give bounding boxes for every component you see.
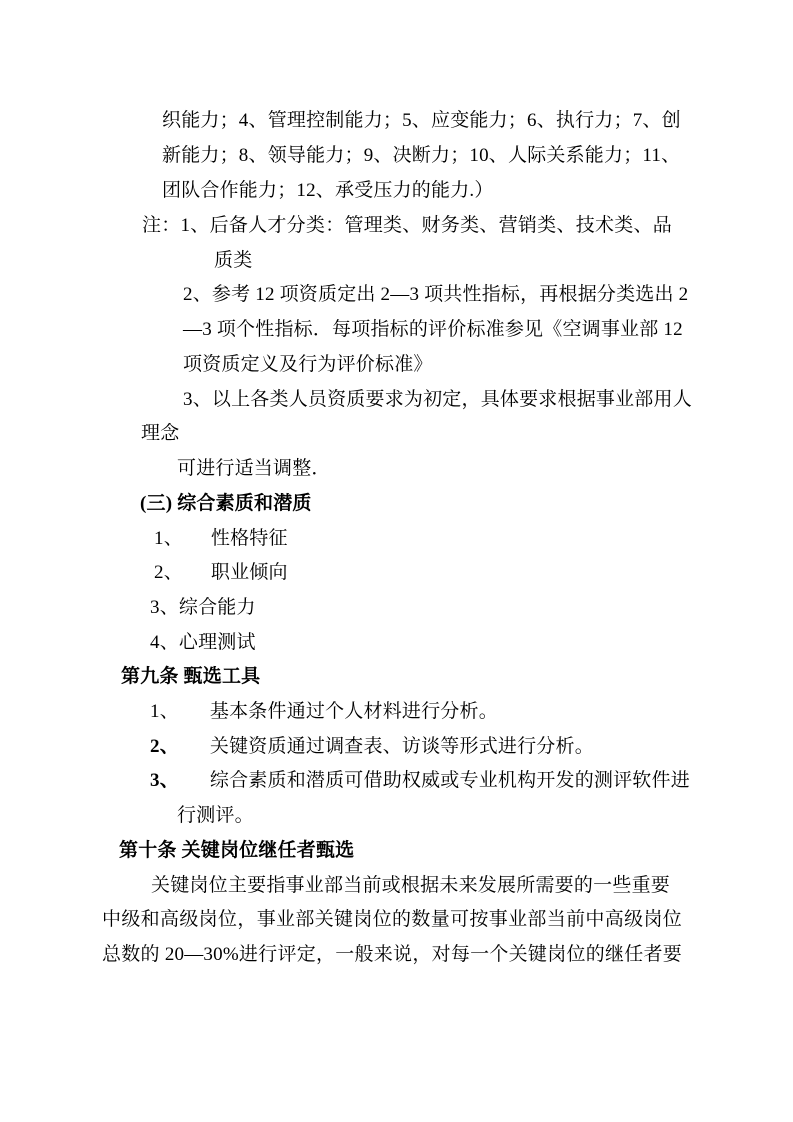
text-line: 新能力；8、领导能力；9、决断力；10、人际关系能力；11、 [162, 144, 672, 168]
text-segment: 项资质定义及行为评价标准》 [183, 354, 433, 375]
text-segment: 1、 [154, 528, 183, 549]
text-segment: 2、参考 12 项资质定出 2—3 项共性指标，再根据分类选出 2 [183, 284, 688, 305]
text-segment: —3 项个性指标．每项指标的评价标准参见《空调事业部 12 [183, 319, 683, 340]
text-line: 第十条 关键岗位继任者甄选 [119, 839, 354, 863]
text-line: 4、心理测试 [150, 631, 256, 655]
text-line: 团队合作能力；12、承受压力的能力.） [162, 179, 494, 203]
text-segment: 2、 [150, 736, 179, 757]
text-line: 1、基本条件通过个人材料进行分析。 [150, 700, 498, 724]
text-segment: 3、以上各类人员资质要求为初定，具体要求根据事业部用人 [183, 389, 692, 410]
text-segment: 可进行适当调整． [177, 458, 331, 479]
text-segment: 总数的 20—30%进行评定，一般来说，对每一个关键岗位的继任者要 [102, 944, 682, 965]
text-line: 项资质定义及行为评价标准》 [183, 353, 433, 377]
text-line: 第九条 甄选工具 [121, 665, 260, 689]
text-segment: 4、心理测试 [150, 632, 256, 653]
text-segment: 第十条 关键岗位继任者甄选 [119, 840, 354, 861]
text-segment: 新能力；8、领导能力；9、决断力；10、人际关系能力；11、 [162, 145, 680, 166]
text-segment: 2、 [154, 562, 183, 583]
text-line: 2、关键资质通过调查表、访谈等形式进行分析。 [150, 735, 594, 759]
text-line: 总数的 20—30%进行评定，一般来说，对每一个关键岗位的继任者要 [102, 943, 682, 967]
text-segment: 3、 [150, 770, 179, 791]
text-segment: 中级和高级岗位，事业部关键岗位的数量可按事业部当前中高级岗位 [102, 909, 682, 930]
text-line: 理念 [141, 422, 179, 446]
text-line: 质类 [214, 249, 252, 273]
text-line: 3、综合素质和潜质可借助权威或专业机构开发的测评软件进 [150, 769, 670, 793]
text-line: 3、综合能力 [150, 596, 256, 620]
text-segment: 注：1、后备人才分类：管理类、财务类、营销类、技术类、品 [142, 215, 672, 236]
document-page: 织能力；4、管理控制能力；5、应变能力；6、执行力；7、创新能力；8、领导能力；… [0, 0, 793, 1122]
text-segment: 关键资质通过调查表、访谈等形式进行分析。 [210, 736, 594, 757]
text-line: 注：1、后备人才分类：管理类、财务类、营销类、技术类、品 [142, 214, 672, 238]
text-segment: 性格特征 [211, 528, 288, 549]
text-segment: 理念 [141, 423, 179, 444]
text-line: 3、以上各类人员资质要求为初定，具体要求根据事业部用人 [183, 388, 672, 412]
text-segment: 基本条件通过个人材料进行分析。 [210, 701, 498, 722]
text-line: —3 项个性指标．每项指标的评价标准参见《空调事业部 12 [183, 318, 672, 342]
text-segment: 团队合作能力；12、承受压力的能力.） [162, 180, 494, 201]
text-segment: 质类 [214, 250, 252, 271]
text-segment: 综合素质和潜质可借助权威或专业机构开发的测评软件进 [210, 770, 690, 791]
text-segment: 第九条 甄选工具 [121, 666, 260, 687]
text-line: (三) 综合素质和潜质 [140, 492, 312, 516]
text-segment: 织能力；4、管理控制能力；5、应变能力；6、执行力；7、创 [162, 110, 681, 131]
text-line: 2、职业倾向 [154, 561, 288, 585]
text-line: 关键岗位主要指事业部当前或根据未来发展所需要的一些重要 [151, 874, 670, 898]
text-segment: 行测评。 [177, 805, 254, 826]
text-line: 2、参考 12 项资质定出 2—3 项共性指标，再根据分类选出 2 [183, 283, 672, 307]
text-segment: 关键岗位主要指事业部当前或根据未来发展所需要的一些重要 [151, 875, 670, 896]
text-segment: 职业倾向 [211, 562, 288, 583]
text-segment: 3、综合能力 [150, 597, 256, 618]
text-line: 中级和高级岗位，事业部关键岗位的数量可按事业部当前中高级岗位 [102, 908, 682, 932]
text-line: 行测评。 [177, 804, 254, 828]
text-line: 1、性格特征 [154, 527, 288, 551]
text-line: 可进行适当调整． [177, 457, 331, 481]
text-segment: 1、 [150, 701, 179, 722]
text-segment: (三) 综合素质和潜质 [140, 493, 312, 514]
text-line: 织能力；4、管理控制能力；5、应变能力；6、执行力；7、创 [162, 109, 672, 133]
